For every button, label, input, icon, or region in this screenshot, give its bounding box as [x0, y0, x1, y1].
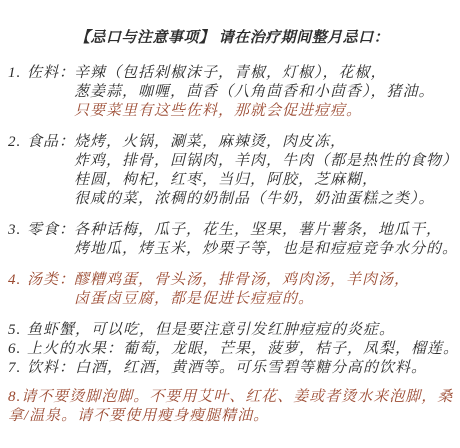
- item-foot-soak-warning: 8.请不要烫脚泡脚。不要用艾叶、红花、姜或者烫水来泡脚，桑 拿/温泉。请不要使用…: [8, 388, 456, 426]
- notice-item-list: 1. 佐料： 辛辣（包括剁椒沫子，青椒，灯椒），花椒， 葱姜蒜，咖喱，茴香（八角…: [8, 64, 456, 426]
- item-lines: 各种话梅，瓜子，花生，坚果，薯片薯条，地瓜干， 烤地瓜，烤玉米，炒栗子等，也是和…: [74, 221, 458, 259]
- item-drinks: 7. 饮料：白酒，红酒，黄酒等。可乐雪碧等糖分高的饮料。: [8, 359, 456, 378]
- item-category-label: 佐料：: [27, 64, 74, 121]
- item-soups: 4. 汤类： 醪糟鸡蛋，骨头汤，排骨汤，鸡肉汤，羊肉汤， 卤蛋卤豆腐，都是促进长…: [8, 271, 456, 309]
- item-number: 6.: [8, 340, 27, 359]
- item-category-label: 汤类：: [27, 271, 74, 309]
- item-number: 3.: [8, 221, 27, 259]
- item-seasonings: 1. 佐料： 辛辣（包括剁椒沫子，青椒，灯椒），花椒， 葱姜蒜，咖喱，茴香（八角…: [8, 64, 456, 121]
- item-seafood: 5. 鱼虾蟹，可以吃，但是要注意引发红肿痘痘的炎症。: [8, 321, 456, 340]
- item-snacks: 3. 零食： 各种话梅，瓜子，花生，坚果，薯片薯条，地瓜干， 烤地瓜，烤玉米，炒…: [8, 221, 456, 259]
- item-warning-line: 醪糟鸡蛋，骨头汤，排骨汤，鸡肉汤，羊肉汤，: [74, 271, 456, 290]
- item-number: 1.: [8, 64, 27, 121]
- item-line: 各种话梅，瓜子，花生，坚果，薯片薯条，地瓜干，: [74, 221, 458, 240]
- item-line: 很咸的菜，浓稠的奶制品（牛奶，奶油蛋糕之类）。: [74, 190, 458, 209]
- item-category-label: 食品：: [27, 133, 74, 209]
- item-line: 鱼虾蟹，可以吃，但是要注意引发红肿痘痘的炎症。: [27, 321, 456, 340]
- item-line: 上火的水果：葡萄，龙眼，芒果，菠萝，桔子，凤梨，榴莲。: [27, 340, 459, 359]
- item-number: 5.: [8, 321, 27, 340]
- item-line: 桂圆，枸杞，红枣，当归，阿胶，芝麻糊，: [74, 171, 458, 190]
- item-line: 葱姜蒜，咖喱，茴香（八角茴香和小茴香），猪油。: [74, 83, 456, 102]
- page-title: 【忌口与注意事项】 请在治疗期间整月忌口：: [8, 26, 456, 47]
- item-lines: 辛辣（包括剁椒沫子，青椒，灯椒），花椒， 葱姜蒜，咖喱，茴香（八角茴香和小茴香）…: [74, 64, 456, 121]
- item-category-label: 零食：: [27, 221, 74, 259]
- item-number: 2.: [8, 133, 27, 209]
- item-line: 烧烤，火锅，涮菜，麻辣烫，肉皮冻，: [74, 133, 458, 152]
- item-foods: 2. 食品： 烧烤，火锅，涮菜，麻辣烫，肉皮冻， 炸鸡，排骨，回锅肉，羊肉，牛肉…: [8, 133, 456, 209]
- dietary-notice-document: 【忌口与注意事项】 请在治疗期间整月忌口： 1. 佐料： 辛辣（包括剁椒沫子，青…: [0, 0, 460, 448]
- item-line: 辛辣（包括剁椒沫子，青椒，灯椒），花椒，: [74, 64, 456, 83]
- item-lines: 醪糟鸡蛋，骨头汤，排骨汤，鸡肉汤，羊肉汤， 卤蛋卤豆腐，都是促进长痘痘的。: [74, 271, 456, 309]
- item-warning-line: 8.请不要烫脚泡脚。不要用艾叶、红花、姜或者烫水来泡脚，桑: [8, 388, 456, 407]
- item-number: 8.: [8, 389, 21, 405]
- item-warning-line: 拿/温泉。请不要使用瘦身瘦腿精油。: [8, 407, 456, 426]
- item-warning-line: 卤蛋卤豆腐，都是促进长痘痘的。: [74, 290, 456, 309]
- item-line: 炸鸡，排骨，回锅肉，羊肉，牛肉（都是热性的食物）: [74, 152, 458, 171]
- item-heaty-fruits: 6. 上火的水果：葡萄，龙眼，芒果，菠萝，桔子，凤梨，榴莲。: [8, 340, 456, 359]
- item-line: 烤地瓜，烤玉米，炒栗子等，也是和痘痘竞争水分的。: [74, 240, 458, 259]
- item-number: 4.: [8, 271, 27, 309]
- item-warning-text: 请不要烫脚泡脚。不要用艾叶、红花、姜或者烫水来泡脚，桑: [21, 389, 453, 405]
- item-number: 7.: [8, 359, 27, 378]
- item-lines: 烧烤，火锅，涮菜，麻辣烫，肉皮冻， 炸鸡，排骨，回锅肉，羊肉，牛肉（都是热性的食…: [74, 133, 458, 209]
- item-warning-line: 只要菜里有这些佐料，那就会促进痘痘。: [74, 102, 456, 121]
- item-line: 饮料：白酒，红酒，黄酒等。可乐雪碧等糖分高的饮料。: [27, 359, 456, 378]
